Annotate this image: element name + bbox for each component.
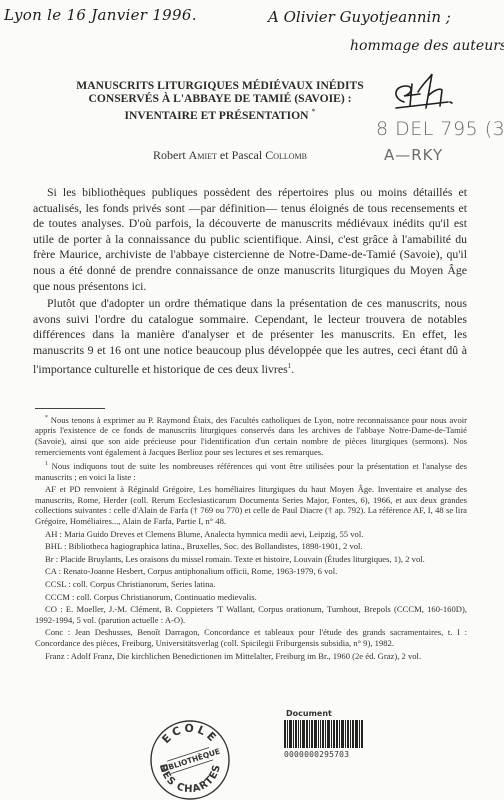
reference-item: AF et PD renvoient à Réginald Grégoire, … — [35, 484, 467, 526]
footnote-star: * Nous tenons à exprimer au P. Raymond É… — [35, 413, 467, 457]
title-line-3: INVENTAIRE ET PRÉSENTATION * — [70, 105, 370, 122]
footnote-divider — [35, 408, 105, 409]
reference-item: Franz : Adolf Franz, Die kirchlichen Ben… — [35, 651, 467, 662]
library-stamp-icon: ECOLE DES CHARTES BIBLIOTHÈQUE — [148, 718, 232, 800]
shelfmark-code-pencil: A—RKY — [384, 146, 443, 164]
footnote-star-text: Nous tenons à exprimer au P. Raymond Éta… — [35, 415, 467, 457]
footnote-1-mark: 1 — [45, 461, 48, 467]
title-footnote-mark: * — [311, 107, 315, 116]
body-text: Si les bibliothèques publiques possèdent… — [33, 185, 467, 379]
svg-text:ECOLE: ECOLE — [159, 722, 220, 746]
footnote-star-mark: * — [45, 415, 48, 421]
barcode-number: 0000000295703 — [284, 750, 384, 759]
stamp-top-text: ECOLE — [159, 722, 220, 746]
handwritten-dedication-line-1: A Olivier Guyotjeannin ; — [268, 8, 451, 26]
author1-first-name: Robert — [153, 148, 189, 162]
body-paragraph-2-text: Plutôt que d'adopter un ordre thématique… — [33, 296, 467, 375]
footnote-1: 1 Nous indiquons tout de suite les nombr… — [35, 459, 467, 482]
authors-line: Robert Amiet et Pascal Collomb — [110, 148, 350, 163]
barcode-label: Document 0000000295703 — [284, 709, 384, 759]
authors-conjunction: et — [217, 148, 232, 162]
footnotes: * Nous tenons à exprimer au P. Raymond É… — [35, 413, 467, 663]
handwritten-date: Lyon le 16 Janvier 1996. — [4, 6, 197, 24]
body-paragraph-2: Plutôt que d'adopter un ordre thématique… — [33, 296, 467, 377]
reference-item: CA : Renato-Joanne Hesbert, Corpus antip… — [35, 566, 467, 577]
reference-item: BHL : Bibliotheca hagiographica latina.,… — [35, 541, 467, 552]
signature-icon — [390, 72, 454, 114]
title-line-2: CONSERVÉS À L'ABBAYE DE TAMIÉ (SAVOIE) : — [70, 92, 370, 105]
footnote-1-text: Nous indiquons tout de suite les nombreu… — [35, 461, 467, 482]
barcode-icon — [284, 720, 384, 748]
body-paragraph-2-end: . — [291, 361, 294, 375]
reference-item: AH : Maria Guido Dreves et Clemens Blume… — [35, 529, 467, 540]
author2-first-name: Pascal — [232, 148, 266, 162]
reference-item: CO : E. Moeller, J.-M. Clément, B. Coppi… — [35, 604, 467, 625]
reference-item: CCSL : coll. Corpus Christianorum, Serie… — [35, 579, 467, 590]
author1-last-name: Amiet — [189, 148, 217, 162]
title-line-3-text: INVENTAIRE ET PRÉSENTATION — [125, 109, 309, 122]
reference-item: Br : Placide Bruylants, Les oraisons du … — [35, 554, 467, 565]
body-paragraph-1: Si les bibliothèques publiques possèdent… — [33, 185, 467, 294]
reference-item: CCCM : coll. Corpus Christianorum, Conti… — [35, 592, 467, 603]
shelfmark-pencil: 8 DEL 795 (37 — [376, 118, 504, 140]
author2-last-name: Collomb — [265, 148, 307, 162]
reference-item: Conc : Jean Deshusses, Benoît Darragon, … — [35, 627, 467, 648]
article-title: MANUSCRITS LITURGIQUES MÉDIÉVAUX INÉDITS… — [70, 79, 370, 122]
title-line-1: MANUSCRITS LITURGIQUES MÉDIÉVAUX INÉDITS — [70, 79, 370, 92]
barcode-title: Document — [286, 709, 384, 718]
handwritten-dedication-line-2: hommage des auteurs. — [350, 38, 504, 54]
